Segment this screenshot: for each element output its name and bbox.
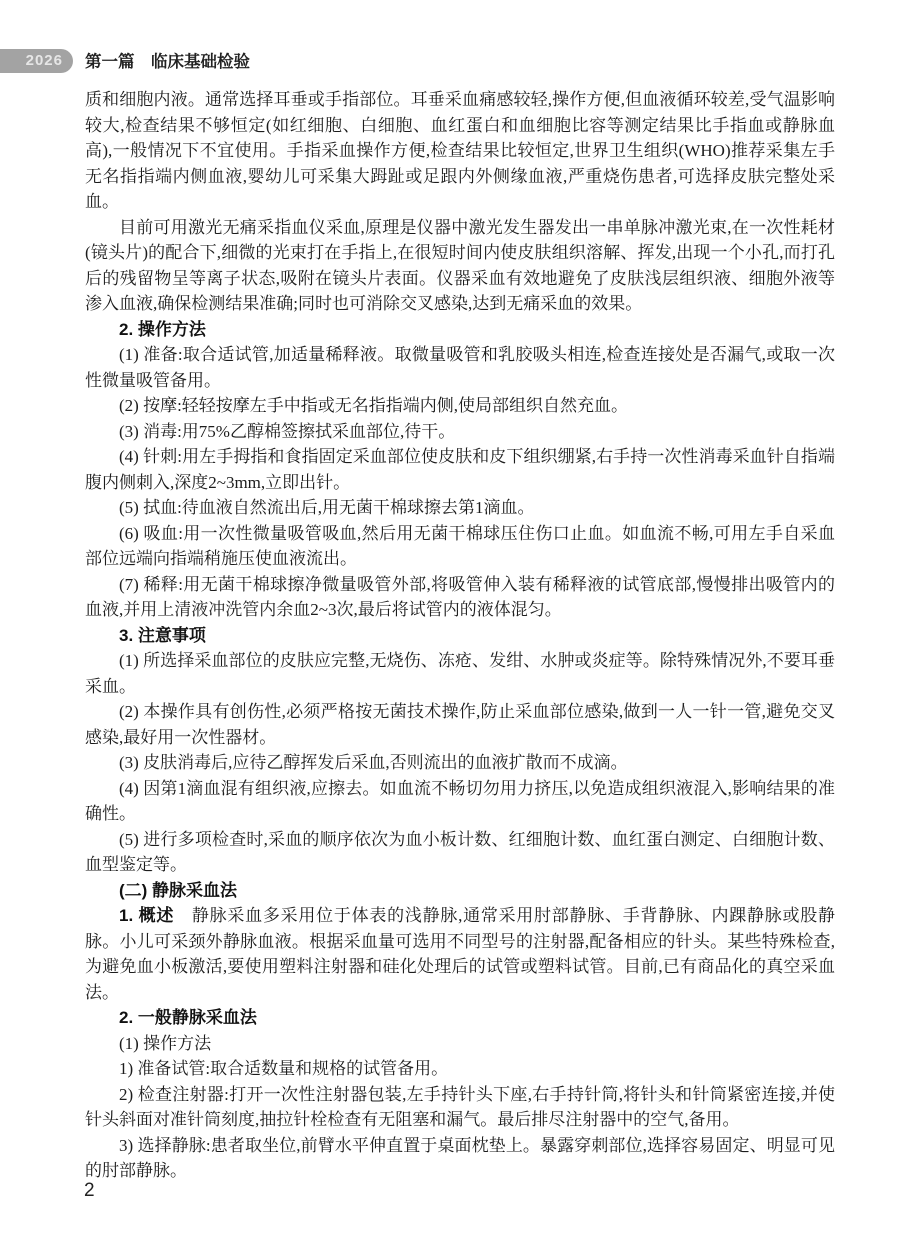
text-run: (2) 本操作具有创伤性,必须严格按无菌技术操作,防止采血部位感染,做到一人一针… <box>85 702 835 747</box>
paragraph: (1) 准备:取合适试管,加适量稀释液。取微量吸管和乳胶吸头相连,检查连接处是否… <box>85 342 835 393</box>
paragraph: (2) 按摩:轻轻按摩左手中指或无名指指端内侧,使局部组织自然充血。 <box>85 393 835 419</box>
text-run: (3) 皮肤消毒后,应待乙醇挥发后采血,否则流出的血液扩散而不成滴。 <box>119 753 628 772</box>
bold-run: 2. 一般静脉采血法 <box>119 1008 257 1027</box>
text-run: (5) 拭血:待血液自然流出后,用无菌干棉球擦去第1滴血。 <box>119 498 535 517</box>
content-blocks: 质和细胞内液。通常选择耳垂或手指部位。耳垂采血痛感较轻,操作方便,但血液循环较差… <box>85 87 835 1184</box>
paragraph: (6) 吸血:用一次性微量吸管吸血,然后用无菌干棉球压住伤口止血。如血流不畅,可… <box>85 521 835 572</box>
text-run: 1) 准备试管:取合适数量和规格的试管备用。 <box>119 1059 448 1078</box>
paragraph: (1) 操作方法 <box>85 1031 835 1057</box>
paragraph: 2) 检查注射器:打开一次性注射器包装,左手持针头下座,右手持针筒,将针头和针筒… <box>85 1082 835 1133</box>
paragraph: 质和细胞内液。通常选择耳垂或手指部位。耳垂采血痛感较轻,操作方便,但血液循环较差… <box>85 87 835 215</box>
paragraph: (2) 本操作具有创伤性,必须严格按无菌技术操作,防止采血部位感染,做到一人一针… <box>85 699 835 750</box>
paragraph: 3) 选择静脉:患者取坐位,前臂水平伸直置于桌面枕垫上。暴露穿刺部位,选择容易固… <box>85 1133 835 1184</box>
text-run: (1) 所选择采血部位的皮肤应完整,无烧伤、冻疮、发绀、水肿或炎症等。除特殊情况… <box>85 651 835 696</box>
paragraph: 1. 概述 静脉采血多采用位于体表的浅静脉,通常采用肘部静脉、手背静脉、内踝静脉… <box>85 903 835 1005</box>
text-run: 3) 选择静脉:患者取坐位,前臂水平伸直置于桌面枕垫上。暴露穿刺部位,选择容易固… <box>85 1136 835 1181</box>
paragraph: (7) 稀释:用无菌干棉球擦净微量吸管外部,将吸管伸入装有稀释液的试管底部,慢慢… <box>85 572 835 623</box>
bold-run: 2. 操作方法 <box>119 320 206 339</box>
bold-run: (二) 静脉采血法 <box>119 881 237 900</box>
paragraph: (5) 进行多项检查时,采血的顺序依次为血小板计数、红细胞计数、血红蛋白测定、白… <box>85 827 835 878</box>
text-run: (2) 按摩:轻轻按摩左手中指或无名指指端内侧,使局部组织自然充血。 <box>119 396 628 415</box>
text-run: 静脉采血多采用位于体表的浅静脉,通常采用肘部静脉、手背静脉、内踝静脉或股静脉。小… <box>85 906 835 1002</box>
section-heading: 2. 一般静脉采血法 <box>85 1005 835 1031</box>
text-run: (3) 消毒:用75%乙醇棉签擦拭采血部位,待干。 <box>119 422 455 441</box>
section-heading: 2. 操作方法 <box>85 317 835 343</box>
page-number: 2 <box>84 1180 95 1202</box>
text-run: 2) 检查注射器:打开一次性注射器包装,左手持针头下座,右手持针筒,将针头和针筒… <box>85 1085 835 1130</box>
section-heading: 3. 注意事项 <box>85 623 835 649</box>
text-run: (5) 进行多项检查时,采血的顺序依次为血小板计数、红细胞计数、血红蛋白测定、白… <box>85 830 835 875</box>
text-run: (1) 准备:取合适试管,加适量稀释液。取微量吸管和乳胶吸头相连,检查连接处是否… <box>85 345 835 390</box>
page-header: 2026 第一篇 临床基础检验 <box>0 49 900 75</box>
paragraph: 1) 准备试管:取合适数量和规格的试管备用。 <box>85 1056 835 1082</box>
paragraph: (3) 皮肤消毒后,应待乙醇挥发后采血,否则流出的血液扩散而不成滴。 <box>85 750 835 776</box>
text-run: (4) 因第1滴血混有组织液,应擦去。如血流不畅切勿用力挤压,以免造成组织液混入… <box>85 779 835 824</box>
bold-run: 3. 注意事项 <box>119 626 206 645</box>
paragraph: (5) 拭血:待血液自然流出后,用无菌干棉球擦去第1滴血。 <box>85 495 835 521</box>
section-heading: (二) 静脉采血法 <box>85 878 835 904</box>
text-run: (6) 吸血:用一次性微量吸管吸血,然后用无菌干棉球压住伤口止血。如血流不畅,可… <box>85 524 835 569</box>
text-run: 质和细胞内液。通常选择耳垂或手指部位。耳垂采血痛感较轻,操作方便,但血液循环较差… <box>85 90 835 211</box>
paragraph: (4) 针刺:用左手拇指和食指固定采血部位使皮肤和皮下组织绷紧,右手持一次性消毒… <box>85 444 835 495</box>
text-run: (7) 稀释:用无菌干棉球擦净微量吸管外部,将吸管伸入装有稀释液的试管底部,慢慢… <box>85 575 835 620</box>
text-run: (1) 操作方法 <box>119 1034 211 1053</box>
paragraph: (1) 所选择采血部位的皮肤应完整,无烧伤、冻疮、发绀、水肿或炎症等。除特殊情况… <box>85 648 835 699</box>
paragraph: (3) 消毒:用75%乙醇棉签擦拭采血部位,待干。 <box>85 419 835 445</box>
text-run: 目前可用激光无痛采指血仪采血,原理是仪器中激光发生器发出一串单脉冲激光束,在一次… <box>85 218 835 314</box>
part-title: 第一篇 临床基础检验 <box>85 50 250 74</box>
paragraph: (4) 因第1滴血混有组织液,应擦去。如血流不畅切勿用力挤压,以免造成组织液混入… <box>85 776 835 827</box>
text-run: (4) 针刺:用左手拇指和食指固定采血部位使皮肤和皮下组织绷紧,右手持一次性消毒… <box>85 447 835 492</box>
edition-badge: 2026 <box>0 49 73 73</box>
paragraph: 目前可用激光无痛采指血仪采血,原理是仪器中激光发生器发出一串单脉冲激光束,在一次… <box>85 215 835 317</box>
bold-run: 1. 概述 <box>119 906 174 925</box>
